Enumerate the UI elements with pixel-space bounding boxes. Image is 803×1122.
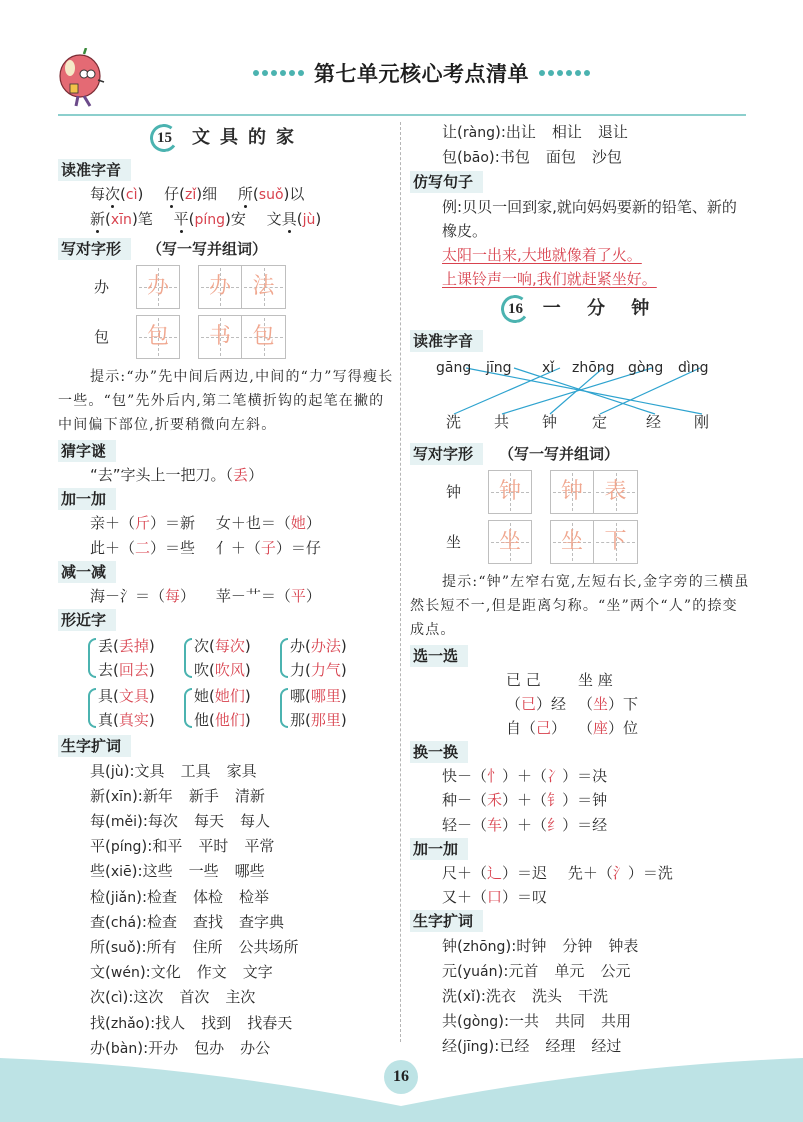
pronunciation-row: 每次(cì) 仔(zǐ)细 所(suǒ)以 <box>58 182 396 207</box>
expand-row: 每(měi):每次每天每人 <box>58 809 396 834</box>
decorative-dots-right <box>539 70 590 76</box>
similar-pair: 次(每次) 吹(吹风) <box>184 634 280 682</box>
expand-row: 查(chá):检查查找查字典 <box>58 910 396 935</box>
writing-cell: 书 <box>198 315 242 359</box>
imitate-example: 例:贝贝一回到家,就向妈妈要新的铅笔、新的橡皮。 <box>410 195 750 243</box>
right-column: 让(ràng):出让相让退让包(bāo):书包面包沙包 仿写句子 例:贝贝一回到… <box>410 120 750 1060</box>
writing-cell: 办 <box>198 265 242 309</box>
section-heading-write-form: 写对字形 <box>410 443 483 465</box>
section-heading-riddle: 猜字谜 <box>58 440 116 462</box>
pinyin-label: dìng <box>678 356 709 380</box>
expand-row: 检(jiǎn):检查体检检举 <box>58 885 396 910</box>
expand-row: 次(cì):这次首次主次 <box>58 985 396 1010</box>
section-heading-similar: 形近字 <box>58 609 116 631</box>
subtract-row: 海－氵＝（每） 苹－艹＝（平） <box>58 584 396 608</box>
swap-row: 快－（忄）＋（冫）＝决 <box>410 764 750 788</box>
expand-row: 些(xiē):这些一些哪些 <box>58 859 396 884</box>
expand-row: 元(yuán):元首单元公元 <box>410 959 750 984</box>
choose-row: （已）经（坐）下 <box>410 692 750 716</box>
lesson-name: 一 分 钟 <box>543 297 660 321</box>
expand-row: 钟(zhōng):时钟分钟钟表 <box>410 934 750 959</box>
writing-grid-row: 办 办 办 法 <box>58 263 396 311</box>
similar-pair: 哪(哪里) 那(那里) <box>280 684 376 732</box>
writing-cell: 钟 <box>488 470 532 514</box>
brace-icon <box>184 688 192 728</box>
expand-list: 具(jù):文具工具家具新(xīn):新年新手清新每(měi):每次每天每人平(… <box>58 759 396 1061</box>
column-divider <box>400 122 401 1042</box>
section-heading-subtract: 减一减 <box>58 561 116 583</box>
lesson-name: 文具的家 <box>192 126 304 150</box>
page-title: 第七单元核心考点清单 <box>314 58 529 88</box>
similar-pair: 她(她们) 他(他们) <box>184 684 280 732</box>
writing-cell: 钟 <box>550 470 594 514</box>
similar-pair: 丢(丢掉) 去(回去) <box>88 634 184 682</box>
brace-icon <box>184 638 192 678</box>
writing-cell: 坐 <box>488 520 532 564</box>
brace-icon <box>280 638 288 678</box>
page-header: 第七单元核心考点清单 <box>0 58 803 88</box>
section-heading-expand: 生字扩词 <box>58 735 131 757</box>
section-heading-swap: 换一换 <box>410 741 468 763</box>
char-label: 钟 <box>542 410 557 434</box>
lesson-16-title: 16 一 分 钟 <box>410 291 750 327</box>
expand-list: 钟(zhōng):时钟分钟钟表元(yuán):元首单元公元洗(xǐ):洗衣洗头干… <box>410 934 750 1060</box>
riddle-text: “去”字头上一把刀。（丢） <box>58 463 396 487</box>
header-divider <box>58 114 746 116</box>
left-column: 15 文具的家 读准字音 每次(cì) 仔(zǐ)细 所(suǒ)以 新(xīn… <box>58 120 396 1061</box>
section-heading-add: 加一加 <box>58 488 116 510</box>
lesson-number-badge: 16 <box>499 294 531 326</box>
writing-cell: 包 <box>136 315 180 359</box>
brace-icon <box>280 688 288 728</box>
writing-cell: 包 <box>242 315 286 359</box>
writing-grid-row: 钟 钟 钟 表 <box>410 468 750 516</box>
writing-tip: 提示:“钟”左窄右宽,左短右长,金字旁的三横虽然长短不一,但是距离匀称。“坐”两… <box>410 570 750 642</box>
pinyin-label: xǐ <box>542 356 554 380</box>
similar-pair: 办(办法) 力(力气) <box>280 634 376 682</box>
expand-row: 找(zhǎo):找人找到找春天 <box>58 1011 396 1036</box>
section-heading-imitate: 仿写句子 <box>410 171 483 193</box>
expand-row: 平(píng):和平平时平常 <box>58 834 396 859</box>
char-label: 经 <box>646 410 661 434</box>
pinyin-label: zhōng <box>572 356 615 380</box>
expand-row: 新(xīn):新年新手清新 <box>58 784 396 809</box>
writing-tip: 提示:“办”先中间后两边,中间的“力”写得瘦长一些。“包”先外后内,第二笔横折钩… <box>58 365 396 437</box>
brace-icon <box>88 638 96 678</box>
write-form-heading-row: 写对字形（写一写并组词） <box>58 237 396 261</box>
pinyin-label: gāng <box>436 356 471 380</box>
brace-icon <box>88 688 96 728</box>
section-heading-choose: 选一选 <box>410 645 468 667</box>
expand-row: 包(bāo):书包面包沙包 <box>410 145 750 170</box>
lesson-number-badge: 15 <box>148 122 180 154</box>
writing-cell: 法 <box>242 265 286 309</box>
writing-cell: 坐 <box>550 520 594 564</box>
char-label: 洗 <box>446 410 461 434</box>
add-row: 尺＋（辶）＝迟 先＋（氵）＝洗 <box>410 861 750 885</box>
pinyin-label: gòng <box>628 356 663 380</box>
expand-list-continued: 让(ràng):出让相让退让包(bāo):书包面包沙包 <box>410 120 750 170</box>
decorative-dots-left <box>253 70 304 76</box>
choose-options: 已 己坐 座 <box>410 668 750 692</box>
add-row: 此＋（二）＝些 亻＋（子）＝仔 <box>58 536 396 560</box>
lesson-15-title: 15 文具的家 <box>58 120 396 156</box>
section-heading-add: 加一加 <box>410 838 468 860</box>
swap-row: 轻－（车）＋（纟）＝经 <box>410 813 750 837</box>
writing-cell: 下 <box>594 520 638 564</box>
add-row: 亲＋（斤）＝新 女＋也＝（她） <box>58 511 396 535</box>
expand-row: 所(suǒ):所有住所公共场所 <box>58 935 396 960</box>
section-heading-pronunciation: 读准字音 <box>58 159 131 181</box>
char-label: 定 <box>592 410 607 434</box>
swap-row: 种－（禾）＋（钅）＝钟 <box>410 788 750 812</box>
pinyin-label: jīng <box>486 356 512 380</box>
writing-grid-row: 坐 坐 坐 下 <box>410 518 750 566</box>
similar-pair: 具(文具) 真(真实) <box>88 684 184 732</box>
section-heading-expand: 生字扩词 <box>410 910 483 932</box>
add-row: 又＋（口）＝叹 <box>410 885 750 909</box>
pinyin-matching: gāngjīngxǐzhōnggòngdìng 洗共钟定经刚 <box>410 356 750 436</box>
char-label: 共 <box>494 410 509 434</box>
writing-cell: 表 <box>594 470 638 514</box>
expand-row: 共(gòng):一共共同共用 <box>410 1009 750 1034</box>
expand-row: 文(wén):文化作文文字 <box>58 960 396 985</box>
section-heading-pronunciation: 读准字音 <box>410 330 483 352</box>
expand-row: 经(jīng):已经经理经过 <box>410 1034 750 1059</box>
similar-chars-row: 丢(丢掉) 去(回去) 次(每次) 吹(吹风) 办(办法) 力(力气) <box>58 634 396 682</box>
writing-grid-row: 包 包 书 包 <box>58 313 396 361</box>
expand-row: 具(jù):文具工具家具 <box>58 759 396 784</box>
imitate-answer: 上课铃声一响,我们就赶紧坐好。 <box>410 267 750 291</box>
expand-row: 洗(xǐ):洗衣洗头干洗 <box>410 984 750 1009</box>
char-label: 刚 <box>694 410 709 434</box>
writing-cell: 办 <box>136 265 180 309</box>
section-heading-write-form: 写对字形 <box>58 238 131 260</box>
page-number: 16 <box>384 1060 418 1094</box>
expand-row: 让(ràng):出让相让退让 <box>410 120 750 145</box>
write-form-heading-row: 写对字形（写一写并组词） <box>410 442 750 466</box>
imitate-answer: 太阳一出来,大地就像着了火。 <box>410 243 750 267</box>
similar-chars-row: 具(文具) 真(真实) 她(她们) 他(他们) 哪(哪里) 那(那里) <box>58 684 396 732</box>
choose-row: 自（己）（座）位 <box>410 716 750 740</box>
pronunciation-row: 新(xīn)笔 平(píng)安 文具(jù) <box>58 207 396 232</box>
